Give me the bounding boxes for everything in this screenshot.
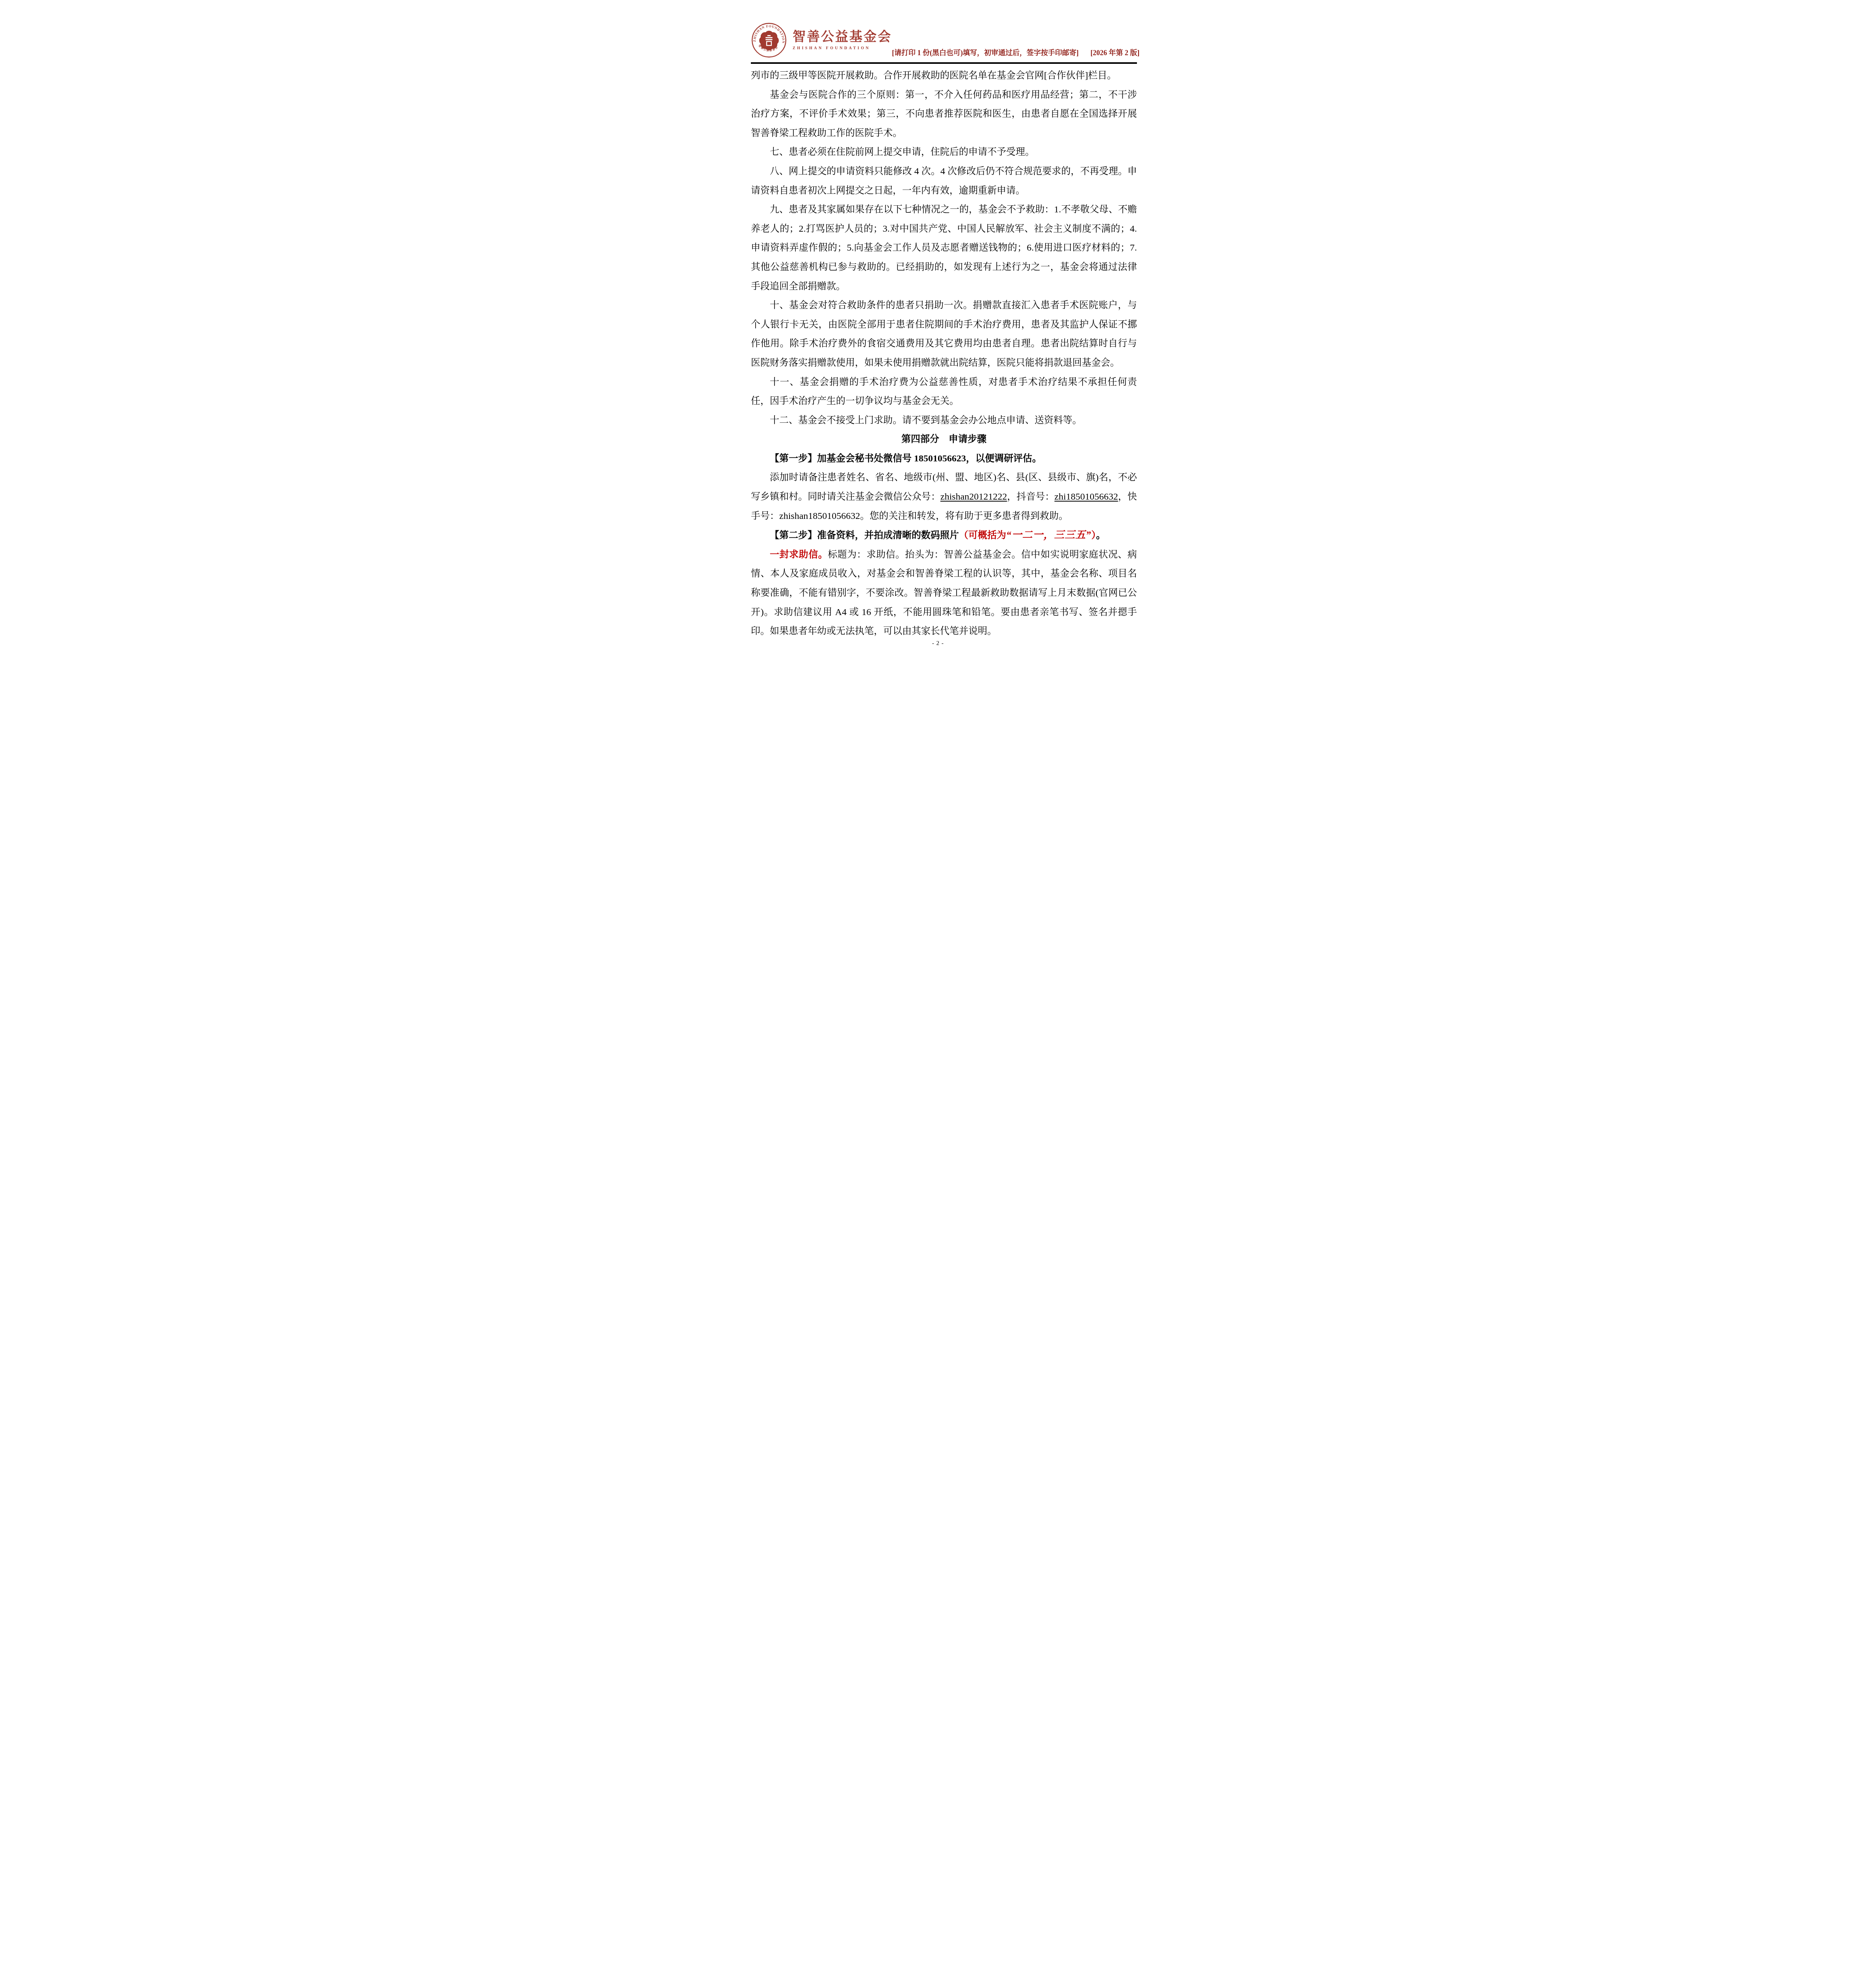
text-segment: ） [1091,530,1096,541]
org-name-cn: 智善公益基金会 [793,30,892,45]
paragraph: 九、患者及其家属如果存在以下七种情况之一的，基金会不予救助：1.不孝敬父母、不赡… [751,200,1137,296]
paragraph: 十、基金会对符合救助条件的患者只捐助一次。捐赠款直接汇入患者手术医院账户，与个人… [751,296,1137,372]
text-segment: 列市的三级甲等医院开展救助。合作开展救助的医院名单在基金会官网[合作伙伴]栏目。 [751,71,1116,81]
org-names: 智善公益基金会 ZHISHAN FOUNDATION [793,30,892,51]
text-segment: “一二一，三三五” [1006,529,1091,541]
text-segment: 十二、基金会不接受上门求助。请不要到基金会办公地点申请、送资料等。 [770,415,1082,426]
paragraph: 基金会与医院合作的三个原则：第一，不介入任何药品和医疗用品经营；第二，不干涉治疗… [751,85,1137,143]
paragraph: 十二、基金会不接受上门求助。请不要到基金会办公地点申请、送资料等。 [751,411,1137,430]
paragraph: 添加时请备注患者姓名、省名、地级市(州、盟、地区)名、县(区、县级市、旗)名，不… [751,468,1137,526]
paragraph: 十一、基金会捐赠的手术治疗费为公益慈善性质，对患者手术治疗结果不承担任何责任，因… [751,373,1137,411]
document-page: ZHISHAN FOUNDATION 智善公益基金会 [704,0,1172,663]
paragraph: 【第一步】加基金会秘书处微信号 18501056623，以便调研评估。 [751,449,1137,468]
brand-block: ZHISHAN FOUNDATION 智善公益基金会 [751,22,892,58]
text-segment: 基金会与医院合作的三个原则：第一，不介入任何药品和医疗用品经营；第二，不干涉治疗… [751,90,1137,138]
paragraph: 八、网上提交的申请资料只能修改 4 次。4 次修改后仍不符合规范要求的，不再受理… [751,162,1137,200]
text-segment: 。 [1096,530,1105,541]
paragraph: 列市的三级甲等医院开展救助。合作开展救助的医院名单在基金会官网[合作伙伴]栏目。 [751,66,1137,85]
text-segment: 七、患者必须在住院前网上提交申请，住院后的申请不予受理。 [770,147,1035,157]
text-segment: （可概括为 [959,530,1006,541]
text-segment: 【第二步】准备资料，并拍成清晰的数码照片 [770,530,959,541]
edition-note: [2026 年第 2 版] [1090,47,1140,58]
section-title: 第四部分 申请步骤 [751,430,1137,449]
paragraph: 一封求助信。标题为：求助信。抬头为：智善公益基金会。信中如实说明家庭状况、病情、… [751,545,1137,641]
text-segment: 十、基金会对符合救助条件的患者只捐助一次。捐赠款直接汇入患者手术医院账户，与个人… [751,300,1137,368]
document-body: 列市的三级甲等医院开展救助。合作开展救助的医院名单在基金会官网[合作伙伴]栏目。… [751,66,1137,641]
seal-blossom [759,31,779,50]
text-segment: 十一、基金会捐赠的手术治疗费为公益慈善性质，对患者手术治疗结果不承担任何责任，因… [751,377,1137,407]
text-segment: 第四部分 申请步骤 [901,434,986,444]
text-segment: zhi18501056632 [1055,492,1118,502]
paragraph: 【第二步】准备资料，并拍成清晰的数码照片（可概括为“一二一，三三五”）。 [751,526,1137,545]
document-header: ZHISHAN FOUNDATION 智善公益基金会 [751,22,1137,58]
text-segment: ，抖音号： [1007,492,1054,502]
header-rule [751,62,1137,64]
page-number: - 2 - [704,640,1172,647]
text-segment: 标题为：求助信。抬头为：智善公益基金会。信中如实说明家庭状况、病情、本人及家庭成… [751,550,1137,636]
foundation-seal-logo: ZHISHAN FOUNDATION 智善公益基金会 [751,22,787,58]
text-segment: zhishan20121222 [940,492,1007,502]
text-segment: 八、网上提交的申请资料只能修改 4 次。4 次修改后仍不符合规范要求的，不再受理… [751,166,1137,196]
header-notes: [请打印 1 份(黑白也可)填写，初审通过后，签字按手印邮寄] [2026 年第… [892,47,1139,58]
paragraph: 七、患者必须在住院前网上提交申请，住院后的申请不予受理。 [751,143,1137,162]
org-name-en: ZHISHAN FOUNDATION [793,46,892,50]
text-segment: 九、患者及其家属如果存在以下七种情况之一的，基金会不予救助：1.不孝敬父母、不赡… [751,204,1137,291]
text-segment: 【第一步】加基金会秘书处微信号 18501056623，以便调研评估。 [770,453,1042,464]
print-note: [请打印 1 份(黑白也可)填写，初审通过后，签字按手印邮寄] [892,47,1079,58]
text-segment: 一封求助信。 [770,550,828,560]
